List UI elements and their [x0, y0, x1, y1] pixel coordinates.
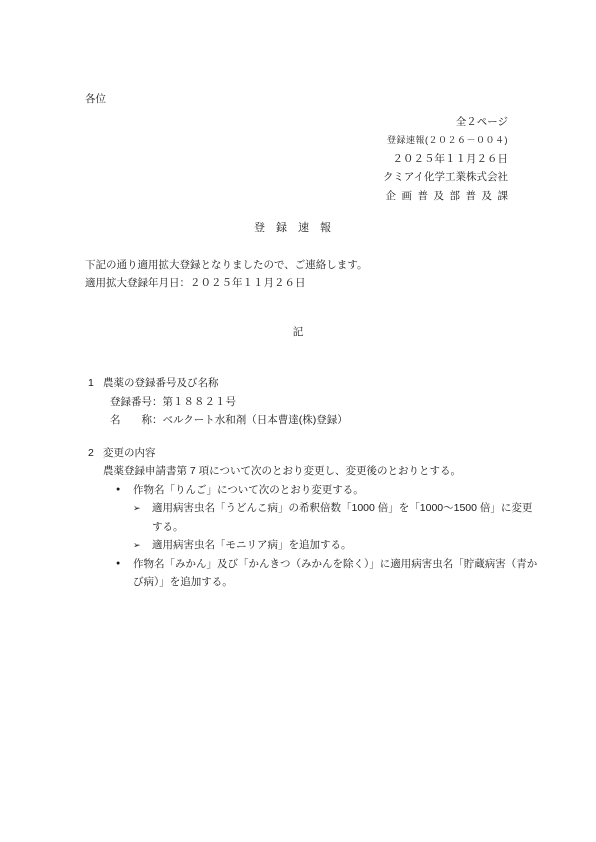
product-name-line: 名 称：ベルクート水和剤（日本曹達(株)登録）	[110, 411, 540, 430]
total-pages: 全２ページ	[85, 113, 508, 132]
ki-marker: 記	[0, 323, 596, 342]
document-title: 登録速報	[0, 219, 596, 238]
bullet-item-citrus: ● 作物名「みかん」及び「かんきつ（みかんを除く）」に適用病害虫名「貯蔵病害（青…	[116, 555, 540, 592]
section-number: 1	[88, 374, 103, 393]
section-heading: 変更の内容	[103, 447, 156, 459]
section-registration-info: 1農薬の登録番号及び名称 登録番号：第１８８２１号 名 称：ベルクート水和剤（日…	[85, 374, 540, 430]
section-heading-row: 2変更の内容	[88, 444, 540, 463]
section-changes: 2変更の内容 農薬登録申請書第 7 項について次のとおり変更し、変更後のとおりと…	[85, 444, 540, 592]
section-heading: 農薬の登録番号及び名称	[103, 377, 219, 389]
bulletin-number: 登録速報(２０２６－００４)	[85, 131, 508, 150]
intro-paragraph: 下記の通り適用拡大登録となりましたので、ご連絡します。 適用拡大登録年月日：２０…	[85, 256, 540, 293]
arrowhead-icon: ➢	[133, 499, 152, 518]
section-heading-row: 1農薬の登録番号及び名称	[88, 374, 540, 393]
sender-block: 全２ページ 登録速報(２０２６－００４) ２０２５年１１月２６日 クミアイ化学工…	[85, 113, 508, 206]
sub-item-text: 適用病害虫名「うどんこ病」の希釈倍数「1000 倍」を「1000～1500 倍」…	[152, 499, 540, 536]
registration-number-line: 登録番号：第１８８２１号	[110, 393, 540, 412]
sub-item-text: 適用病害虫名「モニリア病」を追加する。	[152, 536, 540, 555]
change-intro-line: 農薬登録申請書第 7 項について次のとおり変更し、変更後のとおりとする。	[103, 462, 540, 481]
bullet-text: 作物名「りんご」について次のとおり変更する。	[133, 481, 540, 500]
document-page: 各位 全２ページ 登録速報(２０２６－００４) ２０２５年１１月２６日 クミアイ…	[0, 0, 596, 842]
registration-date-line: 適用拡大登録年月日：２０２５年１１月２６日	[85, 274, 540, 293]
bullet-icon: ●	[116, 481, 133, 500]
issue-date: ２０２５年１１月２６日	[85, 150, 508, 169]
bullet-text: 作物名「みかん」及び「かんきつ（みかんを除く）」に適用病害虫名「貯蔵病害（青かび…	[133, 555, 540, 592]
notice-line: 下記の通り適用拡大登録となりましたので、ご連絡します。	[85, 256, 540, 275]
section-number: 2	[88, 444, 103, 463]
sub-item-dilution-change: ➢ 適用病害虫名「うどんこ病」の希釈倍数「1000 倍」を「1000～1500 …	[133, 499, 540, 536]
bullet-icon: ●	[116, 555, 133, 574]
department-name: 企画普及部普及課	[85, 187, 514, 206]
salutation: 各位	[85, 90, 540, 109]
document-content: 各位 全２ページ 登録速報(２０２６－００４) ２０２５年１１月２６日 クミアイ…	[85, 0, 540, 592]
bullet-item-apple: ● 作物名「りんご」について次のとおり変更する。	[116, 481, 540, 500]
arrowhead-icon: ➢	[133, 536, 152, 555]
company-name: クミアイ化学工業株式会社	[85, 168, 508, 187]
sub-item-monilia-add: ➢ 適用病害虫名「モニリア病」を追加する。	[133, 536, 540, 555]
